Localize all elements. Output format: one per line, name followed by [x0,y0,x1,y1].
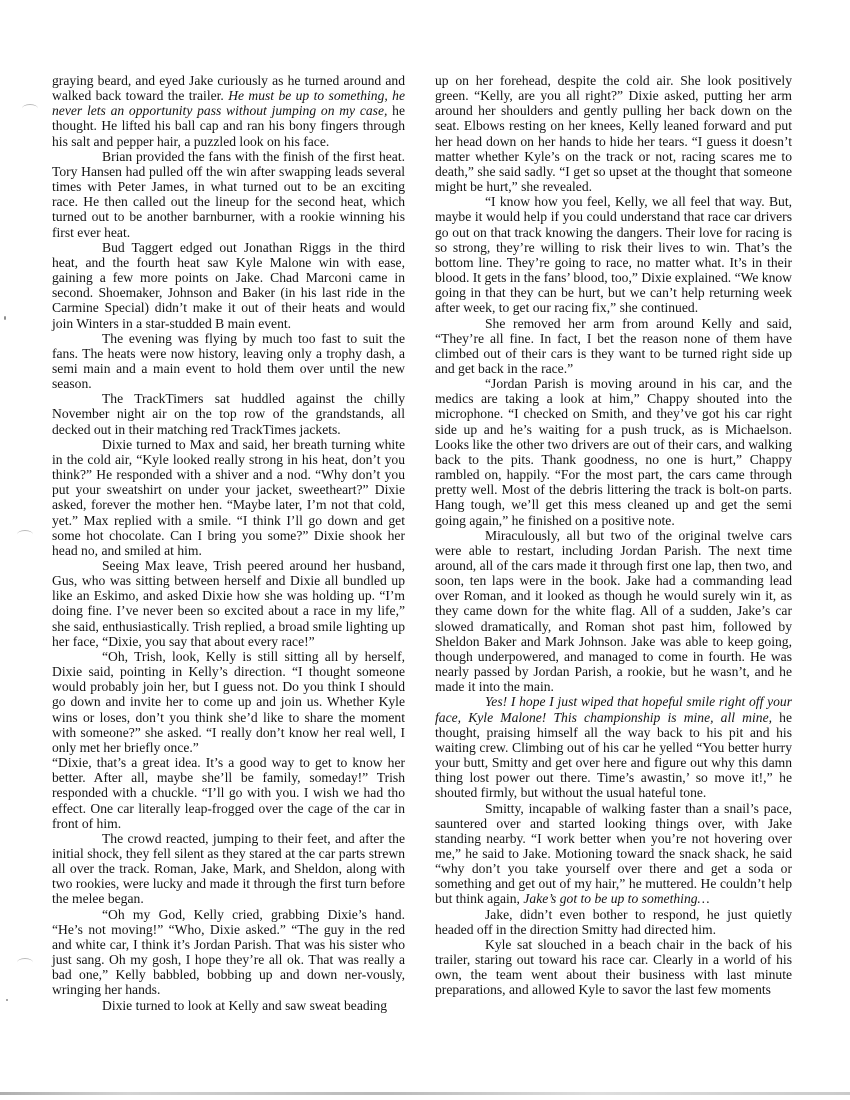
paragraph-text: The crowd reacted, jumping to their feet… [52,831,405,907]
paragraph: Smitty, incapable of walking faster than… [435,801,792,907]
paragraph: She removed her arm from around Kelly an… [435,316,792,377]
paragraph-text: She removed her arm from around Kelly an… [435,316,792,376]
paragraph: Kyle sat slouched in a beach chair in th… [435,937,792,998]
paragraph: Yes! I hope I just wiped that hopeful sm… [435,694,792,800]
paragraph-text: “Jordan Parish is moving around in his c… [435,376,792,527]
scan-speck [4,316,6,320]
paragraph-text: Dixie turned to look at Kelly and saw sw… [102,998,387,1013]
paragraph: Jake, didn’t even bother to respond, he … [435,907,792,937]
paragraph-text: “Oh, Trish, look, Kelly is still sitting… [52,649,405,755]
right-text-column: up on her forehead, despite the cold air… [435,73,792,998]
paragraph-text: “I know how you feel, Kelly, we all feel… [435,194,792,315]
paragraph: Bud Taggert edged out Jonathan Riggs in … [52,240,405,331]
paragraph-text: The TrackTimers sat huddled against the … [52,391,405,436]
paragraph: “Oh my God, Kelly cried, grabbing Dixie’… [52,907,405,998]
paragraph-text: Brian provided the fans with the finish … [52,149,405,240]
scanned-page: graying beard, and eyed Jake curiously a… [0,0,850,1100]
italic-thought-text: Jake’s got to be up to something… [523,891,709,906]
paragraph: Dixie turned to Max and said, her breath… [52,437,405,558]
paragraph-text: The evening was flying by much too fast … [52,331,405,391]
page-bottom-edge [0,1092,850,1095]
paragraph-text: Seeing Max leave, Trish peered around he… [52,558,405,649]
paragraph-text: “Oh my God, Kelly cried, grabbing Dixie’… [52,907,405,998]
paragraph: Seeing Max leave, Trish peered around he… [52,558,405,649]
paragraph: The crowd reacted, jumping to their feet… [52,831,405,907]
scan-punch-mark [17,958,33,967]
scan-speck [6,999,8,1001]
paragraph: graying beard, and eyed Jake curiously a… [52,73,405,149]
paragraph: “I know how you feel, Kelly, we all feel… [435,194,792,315]
paragraph-text: Miraculously, all but two of the origina… [435,528,792,695]
paragraph-text: Jake, didn’t even bother to respond, he … [435,907,792,937]
paragraph: “Dixie, that’s a great idea. It’s a good… [52,755,405,831]
paragraph-text: Kyle sat slouched in a beach chair in th… [435,937,792,997]
paragraph: The TrackTimers sat huddled against the … [52,391,405,436]
left-text-column: graying beard, and eyed Jake curiously a… [52,73,405,1013]
paragraph: Miraculously, all but two of the origina… [435,528,792,695]
paragraph: “Oh, Trish, look, Kelly is still sitting… [52,649,405,755]
paragraph: Dixie turned to look at Kelly and saw sw… [52,998,405,1013]
paragraph: Brian provided the fans with the finish … [52,149,405,240]
paragraph-text: Bud Taggert edged out Jonathan Riggs in … [52,240,405,331]
paragraph: The evening was flying by much too fast … [52,331,405,392]
italic-thought-text: Yes! I hope I just wiped that hopeful sm… [435,694,792,724]
scan-punch-mark [22,104,38,113]
paragraph: “Jordan Parish is moving around in his c… [435,376,792,528]
paragraph: up on her forehead, despite the cold air… [435,73,792,194]
paragraph-text: “Dixie, that’s a great idea. It’s a good… [52,755,405,831]
paragraph-text: up on her forehead, despite the cold air… [435,73,792,194]
scan-punch-mark [17,530,33,539]
paragraph-text: Dixie turned to Max and said, her breath… [52,437,405,558]
